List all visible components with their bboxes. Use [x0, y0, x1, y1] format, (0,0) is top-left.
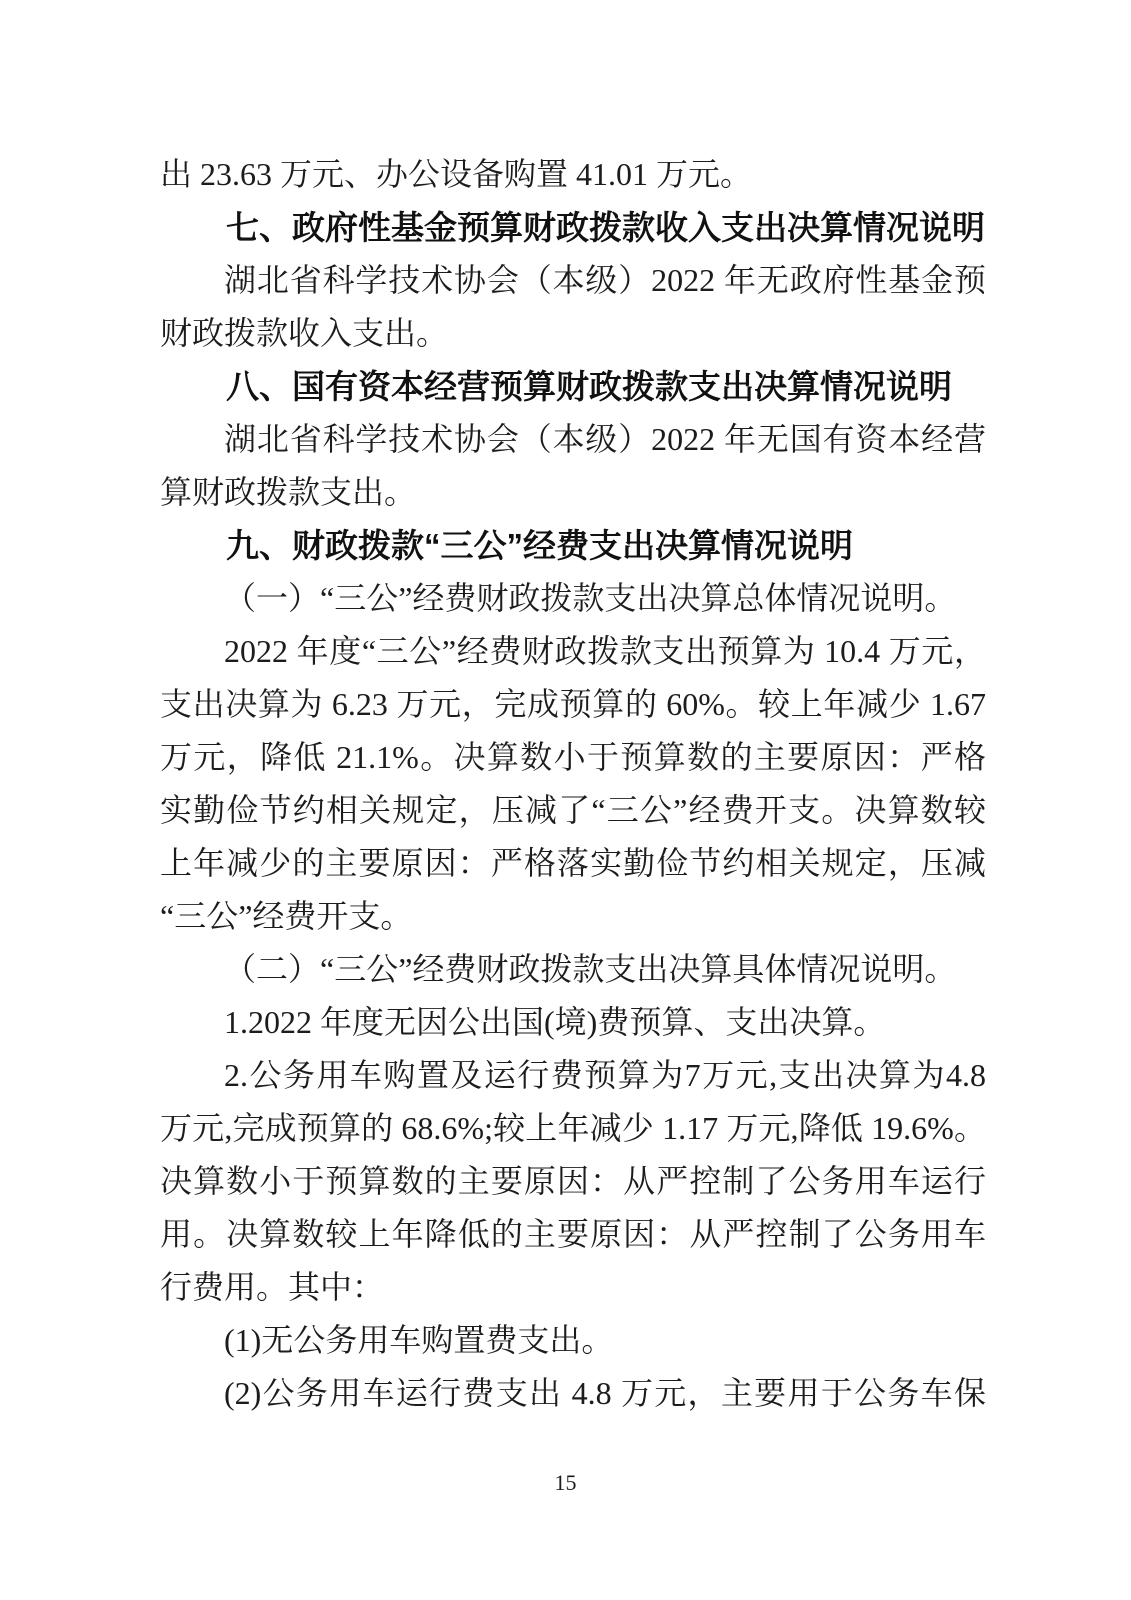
document-line: （二）“三公”经费财政拨款支出决算具体情况说明。 — [160, 943, 986, 996]
document-line: 2022 年度“三公”经费财政拨款支出预算为 10.4 万元， — [160, 625, 986, 678]
document-line: 用。决算数较上年降低的主要原因：从严控制了公务用车运 — [160, 1208, 986, 1261]
document-line: (2)公务用车运行费支出 4.8 万元，主要用于公务车保 — [160, 1367, 986, 1420]
document-line: 万元，降低 21.1%。决算数小于预算数的主要原因：严格落 — [160, 731, 986, 784]
document-page: 出 23.63 万元、办公设备购置 41.01 万元。七、政府性基金预算财政拨款… — [0, 0, 1131, 1600]
document-line: 2.公务用车购置及运行费预算为7万元,支出决算为4.8 — [160, 1049, 986, 1102]
document-line: 1.2022 年度无因公出国(境)费预算、支出决算。 — [160, 996, 986, 1049]
document-line: 九、财政拨款“三公”经费支出决算情况说明 — [160, 519, 986, 572]
document-line: 实勤俭节约相关规定，压减了“三公”经费开支。决算数较 — [160, 784, 986, 837]
document-line: 决算数小于预算数的主要原因：从严控制了公务用车运行费 — [160, 1155, 986, 1208]
page-number: 15 — [0, 1470, 1131, 1496]
document-line: 上年减少的主要原因：严格落实勤俭节约相关规定，压减了 — [160, 837, 986, 890]
document-line: 财政拨款收入支出。 — [160, 307, 986, 360]
document-line: 支出决算为 6.23 万元，完成预算的 60%。较上年减少 1.67 — [160, 678, 986, 731]
document-line: 八、国有资本经营预算财政拨款支出决算情况说明 — [160, 360, 986, 413]
document-line: （一）“三公”经费财政拨款支出决算总体情况说明。 — [160, 572, 986, 625]
document-line: 湖北省科学技术协会（本级）2022 年无政府性基金预算 — [160, 254, 986, 307]
document-line: 七、政府性基金预算财政拨款收入支出决算情况说明 — [160, 201, 986, 254]
document-line: 出 23.63 万元、办公设备购置 41.01 万元。 — [160, 148, 986, 201]
document-line: 算财政拨款支出。 — [160, 466, 986, 519]
document-line: (1)无公务用车购置费支出。 — [160, 1314, 986, 1367]
document-line: 行费用。其中： — [160, 1261, 986, 1314]
document-line: 万元,完成预算的 68.6%;较上年减少 1.17 万元,降低 19.6%。 — [160, 1102, 986, 1155]
document-body: 出 23.63 万元、办公设备购置 41.01 万元。七、政府性基金预算财政拨款… — [160, 148, 986, 1420]
document-line: “三公”经费开支。 — [160, 890, 986, 943]
document-line: 湖北省科学技术协会（本级）2022 年无国有资本经营预 — [160, 413, 986, 466]
